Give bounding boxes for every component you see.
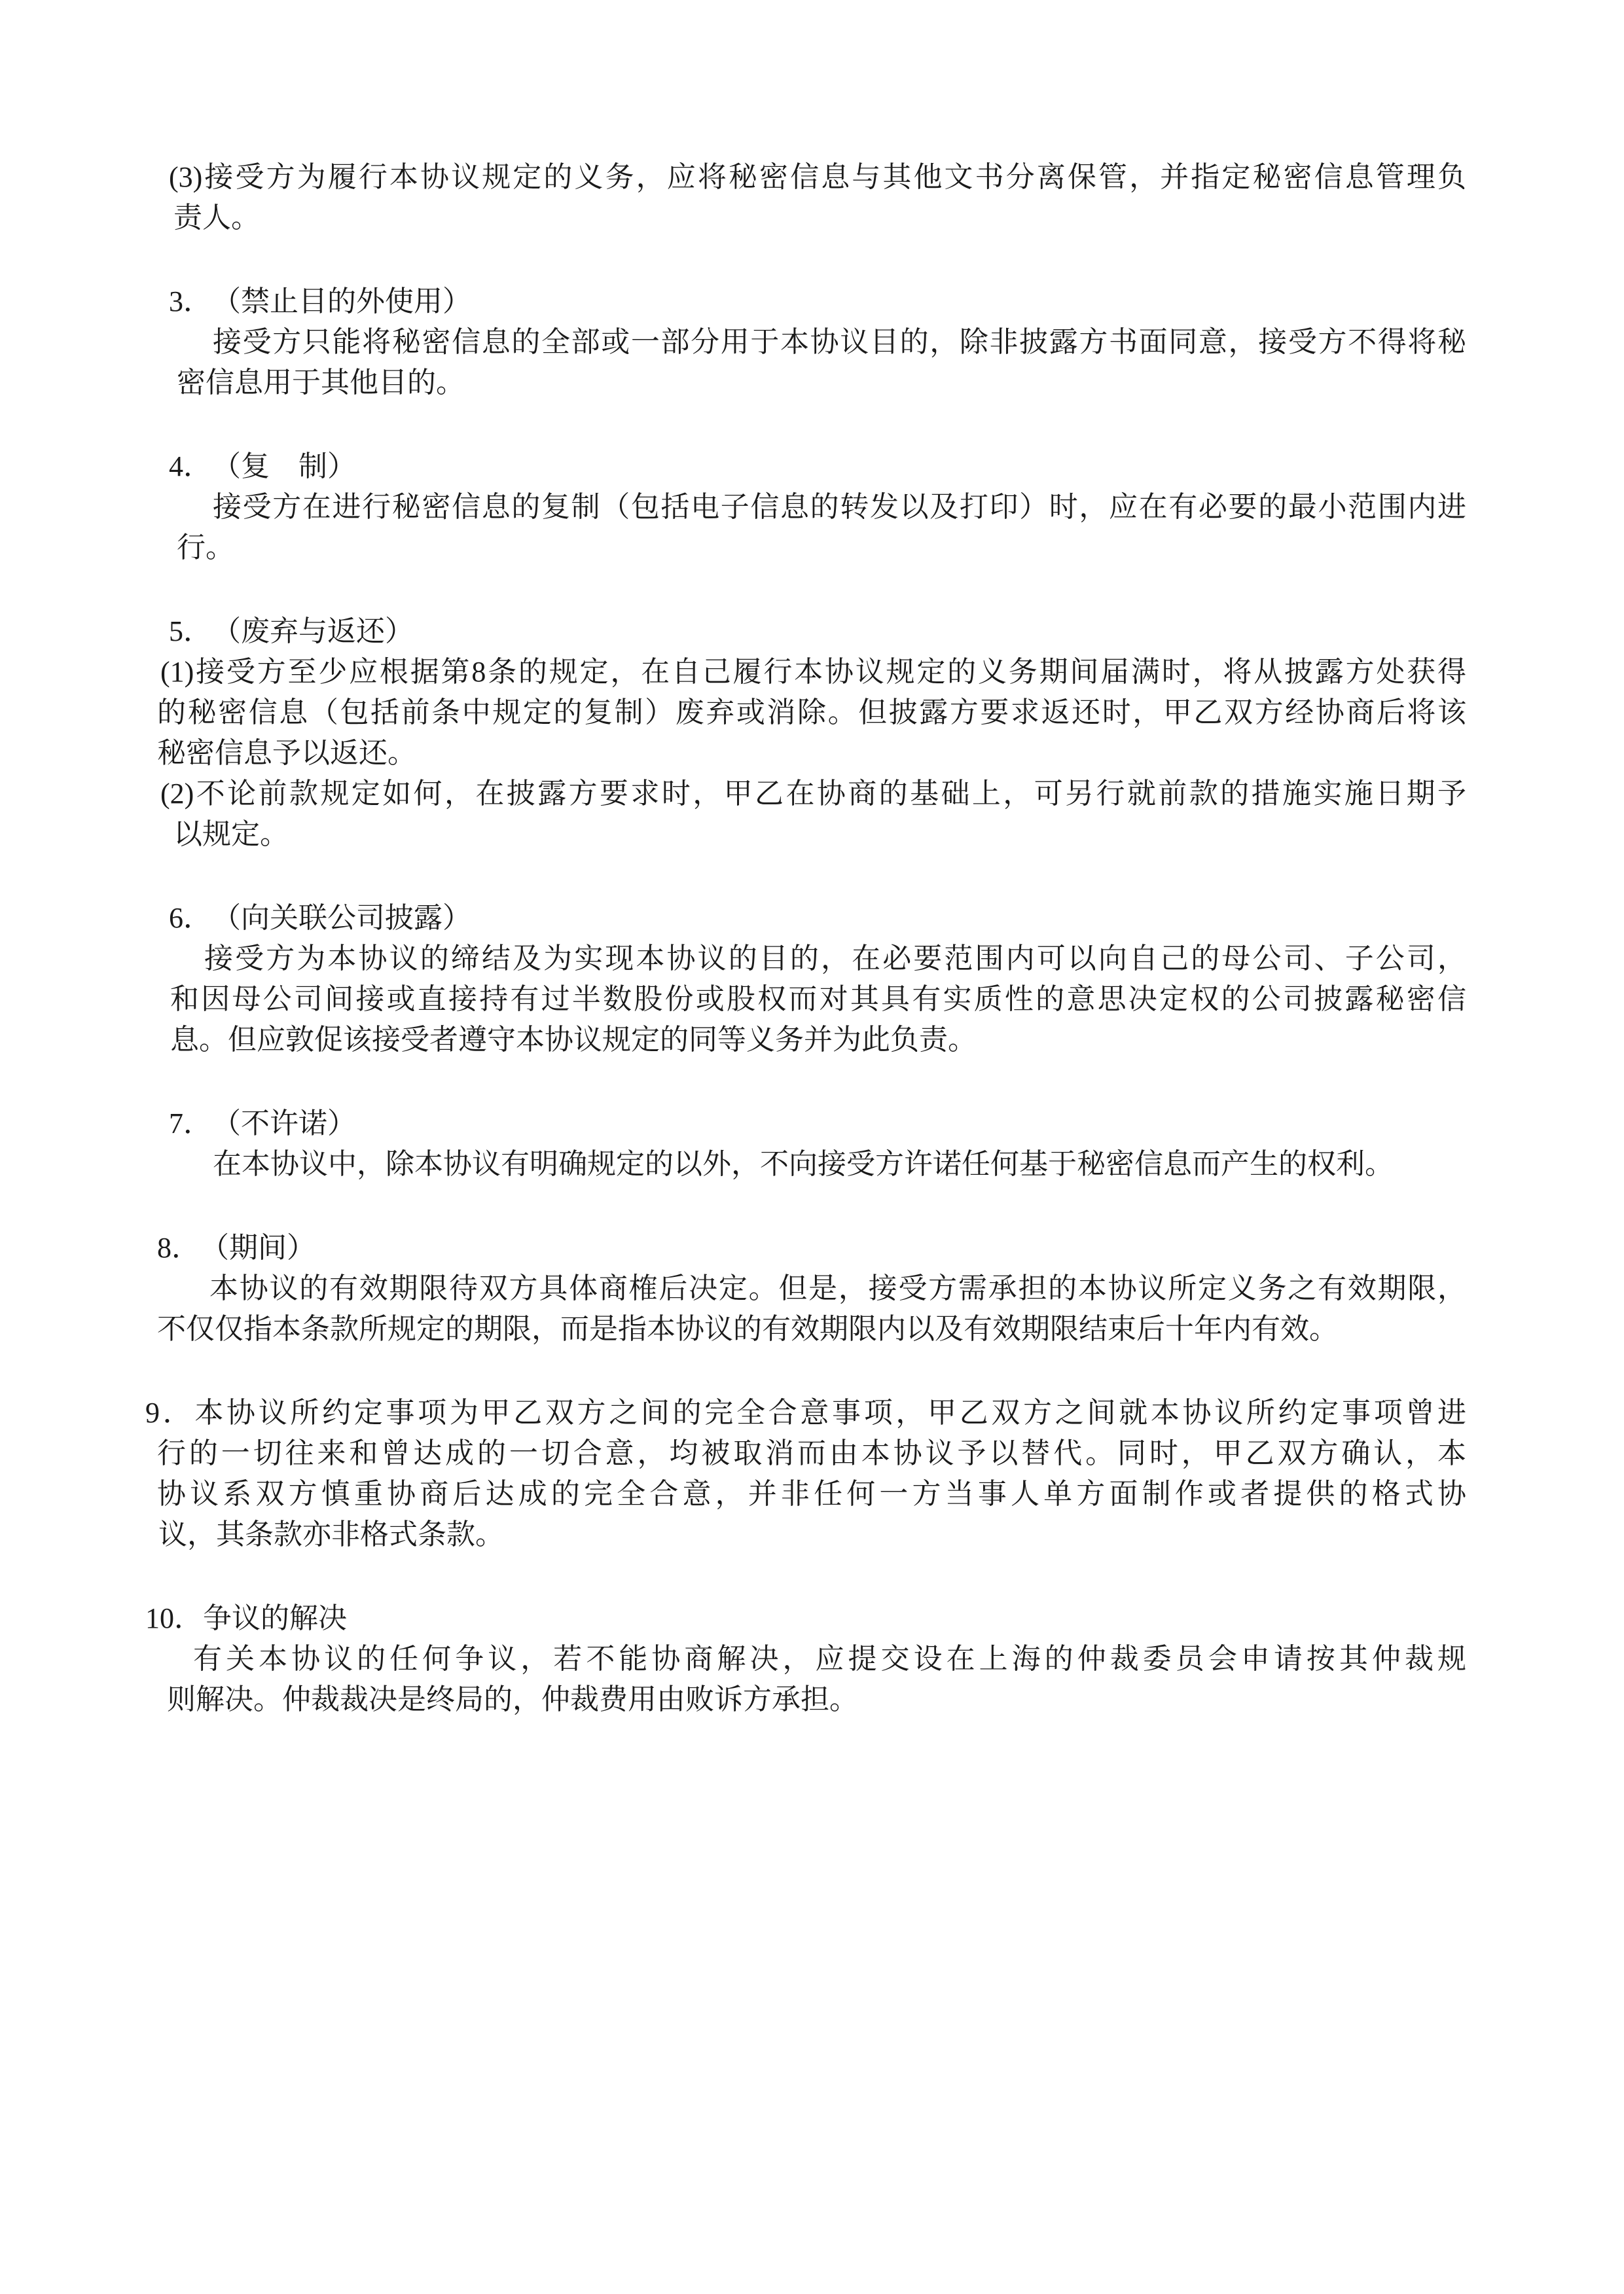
text-line: 有关本协议的任何争议，若不能协商解决，应提交设在上海的仲裁委员会申请按其仲裁规 (193, 1639, 1466, 1679)
text-line: 则解决。仲裁裁决是终局的，仲裁费用由败诉方承担。 (167, 1679, 1479, 1720)
text-line: 接受方在进行秘密信息的复制（包括电子信息的转发以及打印）时，应在有必要的最小范围… (213, 487, 1466, 528)
text-line: 责人。 (173, 198, 1479, 238)
clause-7-heading: 7． （不许诺） (169, 1103, 1479, 1144)
text-line: (1)接受方至少应根据第8条的规定，在自己履行本协议规定的义务期间届满时，将从披… (160, 652, 1466, 692)
clause-10: 10．争议的解决有关本协议的任何争议，若不能协商解决，应提交设在上海的仲裁委员会… (157, 1598, 1479, 1720)
clause-10-heading: 10．争议的解决 (145, 1598, 1479, 1639)
text-line: 本协议的有效期限待双方具体商榷后决定。但是，接受方需承担的本协议所定义务之有效期… (209, 1268, 1466, 1309)
text-line: (2)不论前款规定如何，在披露方要求时，甲乙在协商的基础上，可另行就前款的措施实… (160, 774, 1466, 814)
clause-4-heading: 4． （复 制） (169, 446, 1479, 487)
text-line: 接受方只能将秘密信息的全部或一部分用于本协议目的，除非披露方书面同意，接受方不得… (213, 322, 1466, 363)
clause-6: 6． （向关联公司披露）接受方为本协议的缔结及为实现本协议的目的，在必要范围内可… (157, 898, 1479, 1060)
text-line: 和因母公司间接或直接持有过半数股份或股权而对其具有实质性的意思决定权的公司披露秘… (170, 979, 1466, 1020)
clause-9: 9．本协议所约定事项为甲乙双方之间的完全合意事项，甲乙双方之间就本协议所约定事项… (157, 1393, 1479, 1555)
text-line: (3)接受方为履行本协议规定的义务，应将秘密信息与其他文书分离保管，并指定秘密信… (169, 157, 1466, 198)
clause-5: 5． （废弃与返还）(1)接受方至少应根据第8条的规定，在自己履行本协议规定的义… (157, 611, 1479, 855)
clause-5-heading: 5． （废弃与返还） (169, 611, 1479, 652)
text-line: 行。 (177, 528, 1479, 568)
text-line: 议，其条款亦非格式条款。 (158, 1514, 1479, 1555)
text-line: 9．本协议所约定事项为甲乙双方之间的完全合意事项，甲乙双方之间就本协议所约定事项… (145, 1393, 1466, 1433)
text-line: 以规定。 (173, 814, 1479, 855)
text-line: 密信息用于其他目的。 (177, 363, 1479, 403)
clause-7: 7． （不许诺）在本协议中，除本协议有明确规定的以外，不向接受方许诺任何基于秘密… (157, 1103, 1479, 1185)
document-page: (3)接受方为履行本协议规定的义务，应将秘密信息与其他文书分离保管，并指定秘密信… (0, 0, 1624, 2294)
text-line: 行的一切往来和曾达成的一切合意，均被取消而由本协议予以替代。同时，甲乙双方确认，… (157, 1433, 1466, 1474)
clause-6-heading: 6． （向关联公司披露） (169, 898, 1479, 939)
text-line: 息。但应敦促该接受者遵守本协议规定的同等义务并为此负责。 (170, 1020, 1479, 1060)
clause-3: 3． （禁止目的外使用）接受方只能将秘密信息的全部或一部分用于本协议目的，除非披… (157, 281, 1479, 403)
clause-8: 8． （期间）本协议的有效期限待双方具体商榷后决定。但是，接受方需承担的本协议所… (157, 1228, 1479, 1350)
clause-3-heading: 3． （禁止目的外使用） (169, 281, 1479, 322)
text-line: 接受方为本协议的缔结及为实现本协议的目的，在必要范围内可以向自己的母公司、子公司… (204, 939, 1466, 979)
text-line: 在本协议中，除本协议有明确规定的以外，不向接受方许诺任何基于秘密信息而产生的权利… (213, 1144, 1479, 1185)
text-line: 秘密信息予以返还。 (157, 733, 1479, 774)
clause-8-heading: 8． （期间） (157, 1228, 1479, 1268)
text-line: 协议系双方慎重协商后达成的完全合意，并非任何一方当事人单方面制作或者提供的格式协 (157, 1474, 1466, 1514)
clause-4: 4． （复 制）接受方在进行秘密信息的复制（包括电子信息的转发以及打印）时，应在… (157, 446, 1479, 568)
text-line: 不仅仅指本条款所规定的期限，而是指本协议的有效期限内以及有效期限结束后十年内有效… (157, 1309, 1479, 1350)
document-content: (3)接受方为履行本协议规定的义务，应将秘密信息与其他文书分离保管，并指定秘密信… (157, 157, 1479, 1720)
text-line: 的秘密信息（包括前条中规定的复制）废弃或消除。但披露方要求返还时，甲乙双方经协商… (157, 692, 1466, 733)
clause-2-item-3: (3)接受方为履行本协议规定的义务，应将秘密信息与其他文书分离保管，并指定秘密信… (157, 157, 1479, 238)
